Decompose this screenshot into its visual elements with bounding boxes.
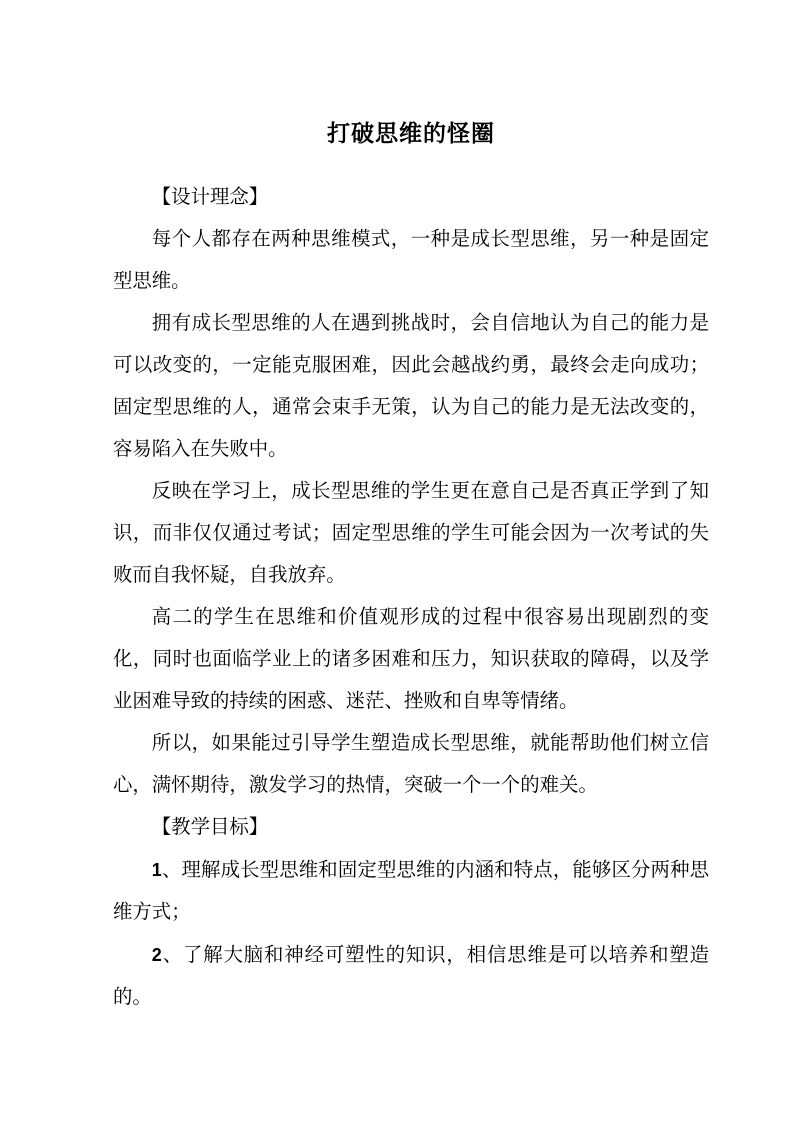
section-heading-teaching-goals: 【教学目标】	[113, 807, 709, 849]
paragraph: 高二的学生在思维和价值观形成的过程中很容易出现剧烈的变化，同时也面临学业上的诸多…	[113, 597, 709, 723]
item-text: 了解大脑和神经可塑性的知识，相信思维是可以培养和塑造的。	[113, 945, 709, 1008]
item-separator: 、	[162, 860, 182, 881]
paragraph: 所以，如果能过引导学生塑造成长型思维，就能帮助他们树立信心，满怀期待，激发学习的…	[113, 723, 709, 807]
paragraph: 每个人都存在两种思维模式，一种是成长型思维，另一种是固定型思维。	[113, 219, 709, 303]
doc-title: 打破思维的怪圈	[113, 113, 709, 155]
item-text: 理解成长型思维和固定型思维的内涵和特点，能够区分两种思维方式；	[113, 860, 709, 923]
document-body: 【设计理念】 每个人都存在两种思维模式，一种是成长型思维，另一种是固定型思维。 …	[113, 177, 709, 1019]
numbered-item-1: 1、理解成长型思维和固定型思维的内涵和特点，能够区分两种思维方式；	[113, 849, 709, 934]
document-page: 打破思维的怪圈 【设计理念】 每个人都存在两种思维模式，一种是成长型思维，另一种…	[0, 0, 793, 1122]
section-heading-design-concept: 【设计理念】	[113, 177, 709, 219]
numbered-item-2: 2、了解大脑和神经可塑性的知识，相信思维是可以培养和塑造的。	[113, 934, 709, 1019]
paragraph: 反映在学习上，成长型思维的学生更在意自己是否真正学到了知识，而非仅仅通过考试；固…	[113, 471, 709, 597]
item-number: 1	[152, 860, 162, 880]
paragraph: 拥有成长型思维的人在遇到挑战时，会自信地认为自己的能力是可以改变的，一定能克服困…	[113, 303, 709, 471]
item-separator: 、	[162, 945, 183, 966]
item-number: 2	[152, 945, 162, 965]
